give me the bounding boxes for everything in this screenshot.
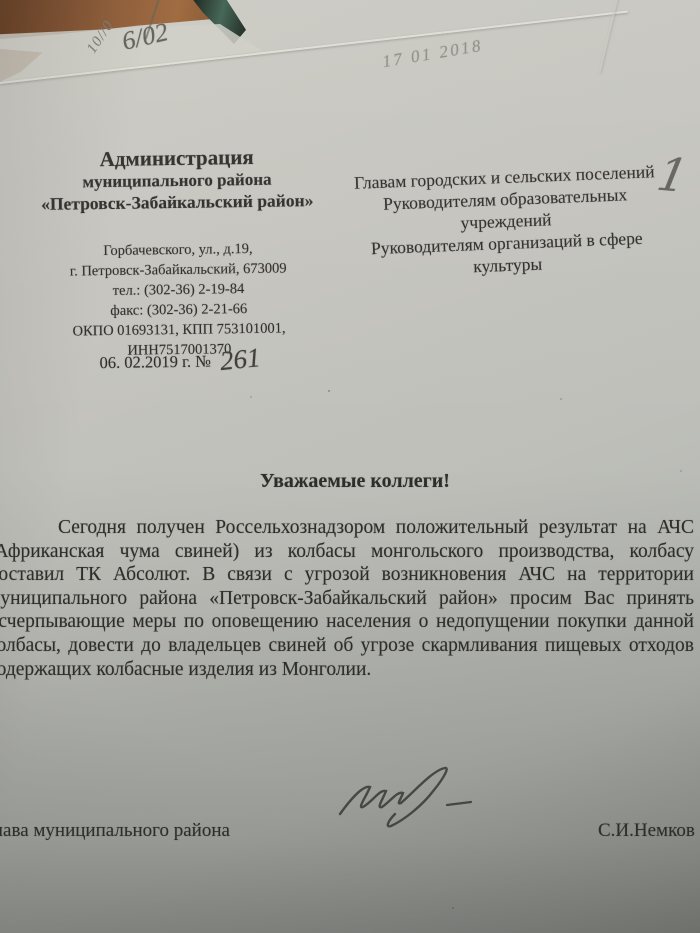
date-number-line: 06. 02.2019 г. № 261 xyxy=(30,350,330,378)
letterhead-block: Администрация муниципального района «Пет… xyxy=(7,144,350,363)
document-photo: 10//0 6/02 17 01 2018 1 Администрация му… xyxy=(0,0,700,933)
signature-scribble xyxy=(330,760,480,832)
handwritten-reg-number: 261 xyxy=(218,342,261,377)
handwritten-date-note: 17 01 2018 xyxy=(381,36,484,72)
outgoing-date: 06. 02.2019 г. № xyxy=(99,352,211,378)
signature-title: Глава муниципального района xyxy=(0,820,230,842)
dust-specks xyxy=(0,0,2,2)
body-paragraph: Сегодня получен Россельхознадзором полож… xyxy=(0,516,694,681)
org-name-line3: «Петровск-Забайкальский район» xyxy=(7,189,347,216)
salutation-heading: Уважаемые коллеги! xyxy=(155,470,555,493)
addressee-block: Главам городских и сельских поселений Ру… xyxy=(348,160,664,282)
signatory-name: С.И.Немков xyxy=(598,820,695,842)
